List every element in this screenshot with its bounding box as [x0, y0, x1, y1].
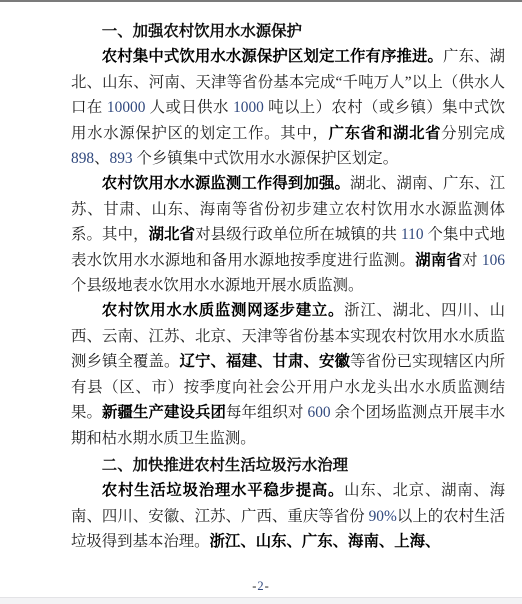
number-text: 600 [308, 404, 331, 421]
paragraph: 农村饮用水水质监测网逐步建立。浙江、湖北、四川、山西、云南、江苏、北京、天津等省… [71, 298, 505, 450]
lead-sentence: 农村集中式饮用水水源保护区划定工作有序推进。 [102, 48, 443, 65]
section-heading: 一、加强农村饮用水水源保护 [71, 19, 505, 44]
lead-sentence: 农村饮用水水质监测网逐步建立。 [102, 302, 344, 319]
text-run: 辽宁、福建、甘肃、安徽 [180, 353, 351, 370]
number-text: 1000 [233, 99, 264, 116]
text-run: 湖北省 [149, 226, 196, 243]
page-number: -2- [0, 579, 522, 594]
text-run: 人或日供水 [145, 99, 233, 116]
number-text: 106 [482, 252, 505, 269]
text-run: 个县级地表水饮用水水源地开展水质监测。 [71, 277, 363, 294]
text-run: 浙江、山东、广东、海南、上海、 [210, 533, 441, 550]
paragraph: 农村饮用水水源监测工作得到加强。湖北、湖南、广东、江苏、甘肃、山东、海南等省份初… [71, 171, 505, 298]
text-run: 二、加快推进农村生活垃圾污水治理 [102, 457, 348, 474]
number-text: 110 [401, 226, 424, 243]
document-body: 一、加强农村饮用水水源保护农村集中式饮用水水源保护区划定工作有序推进。广东、湖北… [71, 17, 505, 555]
page-number-value: 2 [257, 579, 264, 593]
number-text: 90% [369, 508, 397, 525]
lead-sentence: 农村生活垃圾治理水平稳步提高。 [102, 482, 344, 499]
text-run: 对 [462, 252, 482, 269]
paragraph: 农村集中式饮用水水源保护区划定工作有序推进。广东、湖北、山东、河南、天津等省份基… [71, 44, 505, 171]
number-text: 10000 [107, 99, 145, 116]
text-run: 新疆生产建设兵团 [102, 404, 226, 421]
text-run: 对县级行政单位所在城镇的共 [195, 226, 401, 243]
section-heading: 二、加快推进农村生活垃圾污水治理 [71, 453, 505, 478]
paragraph: 农村生活垃圾治理水平稳步提高。山东、北京、湖南、海南、四川、安徽、江苏、广西、重… [71, 478, 505, 554]
text-run: 每年组织对 [226, 404, 307, 421]
text-run: 一、加强农村饮用水水源保护 [102, 23, 302, 40]
text-run: 广东省和湖北省 [329, 125, 442, 142]
number-text: 893 [110, 150, 133, 167]
lead-sentence: 农村饮用水水源监测工作得到加强。 [102, 175, 350, 192]
text-run: 分别完成 [441, 125, 505, 142]
page-bottom-margin [0, 597, 522, 604]
text-run: 湖南省 [415, 252, 462, 269]
page-number-suffix: - [265, 579, 270, 593]
text-run: 、 [94, 150, 109, 167]
window-top-border [0, 0, 522, 2]
document-page: 一、加强农村饮用水水源保护农村集中式饮用水水源保护区划定工作有序推进。广东、湖北… [0, 0, 522, 604]
number-text: 898 [71, 150, 94, 167]
text-run: 个乡镇集中式饮用水水源保护区划定。 [133, 150, 399, 167]
